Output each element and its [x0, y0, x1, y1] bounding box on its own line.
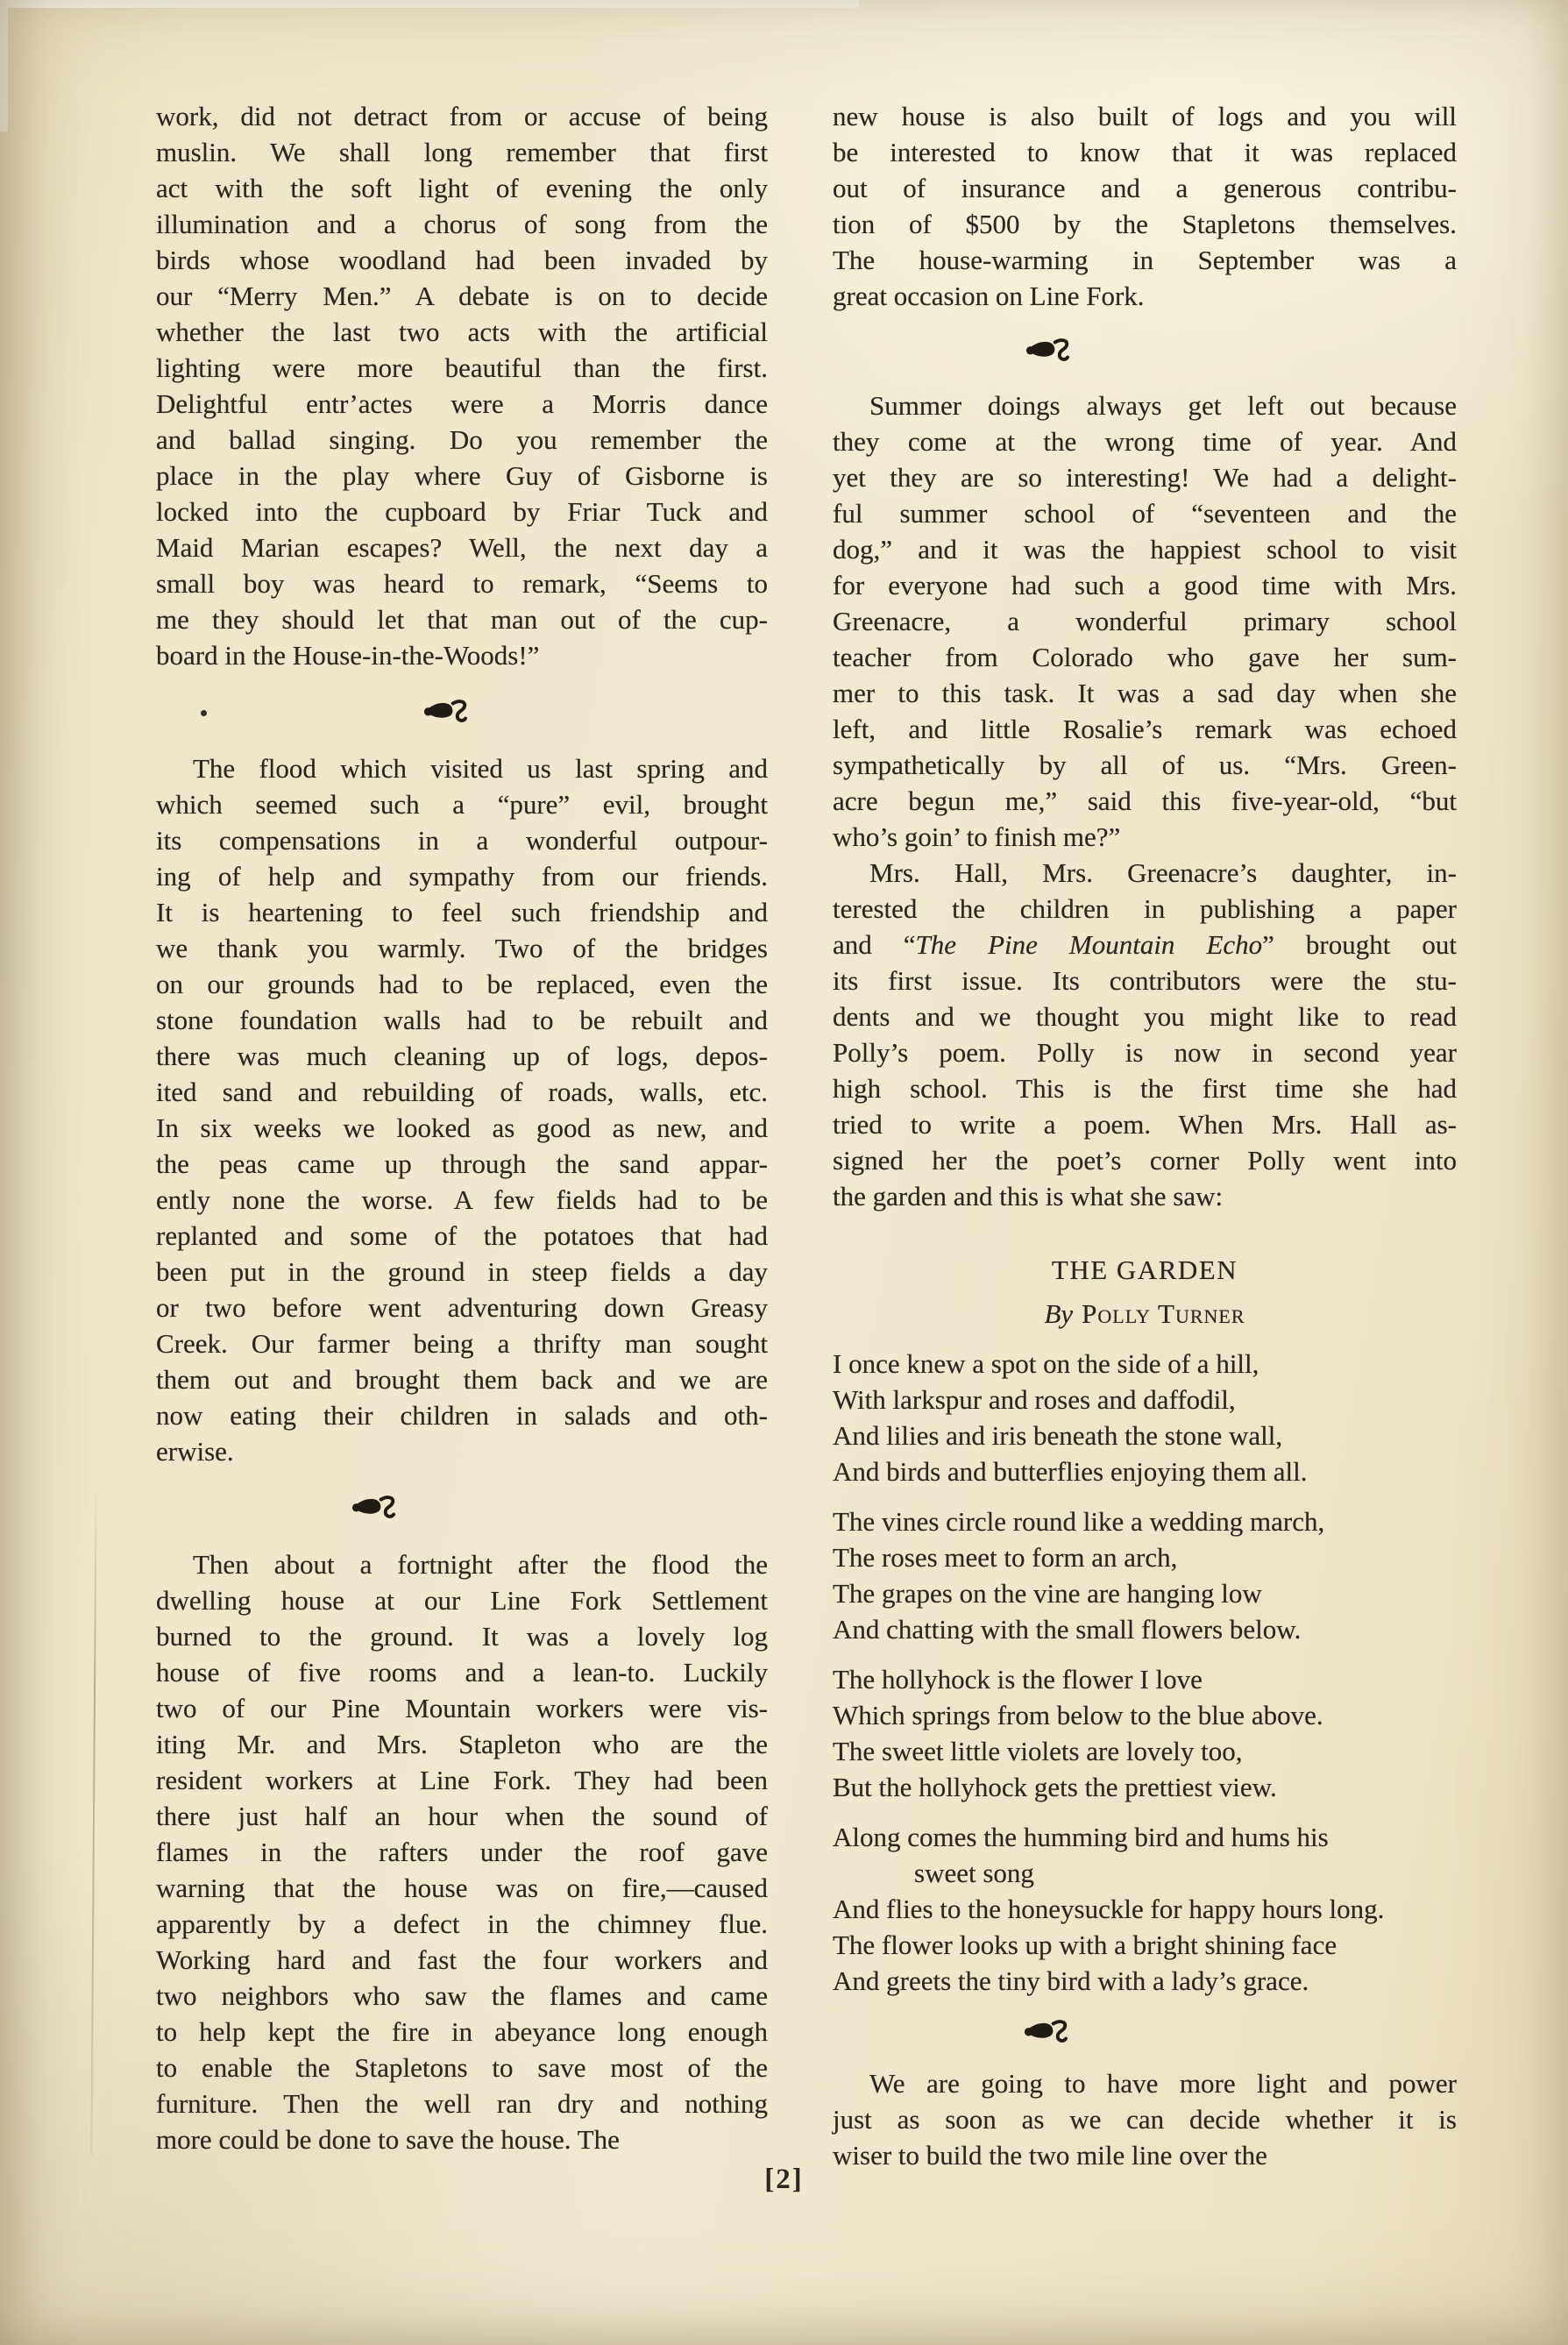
text-line: dog,” and it was the happiest school to …: [833, 531, 1457, 567]
text-line: yet they are so interesting! We had a de…: [833, 459, 1457, 495]
text-line: The sweet little violets are lovely too,: [833, 1733, 1457, 1769]
text-line: great occasion on Line Fork.: [833, 278, 1457, 314]
text-line: Maid Marian escapes? Well, the next day …: [156, 529, 768, 565]
text-line: dents and we thought you might like to r…: [833, 998, 1457, 1034]
text-line: The flower looks up with a bright shinin…: [833, 1927, 1457, 1963]
text-line: birds whose woodland had been invaded by: [156, 242, 768, 278]
text-line: house of five rooms and a lean-to. Lucki…: [156, 1654, 768, 1690]
text-line: lighting were more beautiful than the fi…: [156, 350, 768, 386]
fleuron-icon: [734, 2016, 1359, 2046]
text-line: left, and little Rosalie’s remark was ec…: [833, 711, 1457, 747]
paper-crease: [90, 1480, 96, 2157]
text-line: ful summer school of “seventeen and the: [833, 495, 1457, 531]
scan-edge-left: [0, 0, 8, 131]
text-line: flames in the rafters under the roof gav…: [156, 1834, 768, 1870]
text-line: apparently by a defect in the chimney fl…: [156, 1906, 768, 1942]
text-line: board in the House-in-the-Woods!”: [156, 637, 768, 673]
text-line: stone foundation walls had to be rebuilt…: [156, 1002, 768, 1038]
text-line: warning that the house was on fire,—caus…: [156, 1870, 768, 1906]
text-line: It is heartening to feel such friendship…: [156, 894, 768, 930]
text-line: And lilies and iris beneath the stone wa…: [833, 1418, 1457, 1453]
text-line: teacher from Colorado who gave her sum-: [833, 639, 1457, 675]
text-line: which seemed such a “pure” evil, brought: [156, 786, 768, 822]
paragraph-echo: Mrs. Hall, Mrs. Greenacre’s daughter, in…: [833, 855, 1457, 1214]
text-line: sweet song: [833, 1855, 1457, 1891]
text-line: its first issue. Its contributors were t…: [833, 963, 1457, 998]
text-line: Then about a fortnight after the flood t…: [156, 1546, 768, 1582]
text-line: to enable the Stapletons to save most of…: [156, 2050, 768, 2086]
text-line: our “Merry Men.” A debate is on to decid…: [156, 278, 768, 314]
text-line: Delightful entr’actes were a Morris danc…: [156, 386, 768, 422]
text-line: tion of $500 by the Stapletons themselve…: [833, 206, 1457, 242]
paragraph-fire: Then about a fortnight after the flood t…: [156, 1546, 768, 2157]
text-line: been put in the ground in steep fields a…: [156, 1254, 768, 1290]
text-line: The hollyhock is the flower I love: [833, 1661, 1457, 1697]
text-line: work, did not detract from or accuse of …: [156, 98, 768, 134]
text-line: Polly’s poem. Polly is now in second yea…: [833, 1034, 1457, 1070]
text-line: signed her the poet’s corner Polly went …: [833, 1142, 1457, 1178]
poem-stanza-4: Along comes the humming bird and hums hi…: [833, 1819, 1457, 1999]
text-line: its compensations in a wonderful outpour…: [156, 822, 768, 858]
fleuron-icon: [736, 335, 1360, 365]
text-line: more could be done to save the house. Th…: [156, 2121, 768, 2157]
poem-stanza-2: The vines circle round like a wedding ma…: [833, 1503, 1457, 1647]
text-line: resident workers at Line Fork. They had …: [156, 1762, 768, 1798]
text-line: Creek. Our farmer being a thrifty man so…: [156, 1325, 768, 1361]
text-line: out of insurance and a generous contribu…: [833, 170, 1457, 206]
text-line: But the hollyhock gets the prettiest vie…: [833, 1769, 1457, 1805]
text-line: and “The Pine Mountain Echo” brought out: [833, 927, 1457, 963]
text-line: them out and brought them back and we ar…: [156, 1361, 768, 1397]
fleuron-icon: [68, 1492, 680, 1522]
text-line: they come at the wrong time of year. And: [833, 423, 1457, 459]
text-line: burned to the ground. It was a lovely lo…: [156, 1618, 768, 1654]
text-line: and ballad singing. Do you remember the: [156, 422, 768, 458]
text-line: With larkspur and roses and daffodil,: [833, 1382, 1457, 1418]
text-line: dwelling house at our Line Fork Settleme…: [156, 1582, 768, 1618]
poem-author: Polly Turner: [1082, 1298, 1245, 1329]
text-line: we thank you warmly. Two of the bridges: [156, 930, 768, 966]
fleuron-icon: [140, 696, 752, 726]
left-column: work, did not detract from or accuse of …: [156, 98, 768, 2157]
text-line: high school. This is the first time she …: [833, 1070, 1457, 1106]
text-line: place in the play where Guy of Gisborne …: [156, 458, 768, 494]
page-number: [2]: [0, 2164, 1568, 2196]
text-line: there was much cleaning up of logs, depo…: [156, 1038, 768, 1074]
text-line: me they should let that man out of the c…: [156, 601, 768, 637]
text-line: the peas came up through the sand appar-: [156, 1146, 768, 1182]
paragraph-summer: Summer doings always get left out becaus…: [833, 387, 1457, 855]
text-line: The house-warming in September was a: [833, 242, 1457, 278]
text-line: We are going to have more light and powe…: [833, 2065, 1457, 2101]
text-line: And flies to the honeysuckle for happy h…: [833, 1891, 1457, 1927]
text-line: be interested to know that it was replac…: [833, 134, 1457, 170]
poem-byline: ByPolly Turner: [833, 1297, 1457, 1332]
text-line: whether the last two acts with the artif…: [156, 314, 768, 350]
text-line: or two before went adventuring down Grea…: [156, 1290, 768, 1325]
text-line: sympathetically by all of us. “Mrs. Gree…: [833, 747, 1457, 783]
text-line: act with the soft light of evening the o…: [156, 170, 768, 206]
poem-stanza-3: The hollyhock is the flower I loveWhich …: [833, 1661, 1457, 1805]
text-line: ited sand and rebuilding of roads, walls…: [156, 1074, 768, 1110]
text-line: The roses meet to form an arch,: [833, 1539, 1457, 1575]
text-line: Working hard and fast the four workers a…: [156, 1942, 768, 1978]
text-line: there just half an hour when the sound o…: [156, 1798, 768, 1834]
text-line: just as soon as we can decide whether it…: [833, 2101, 1457, 2137]
text-line: small boy was heard to remark, “Seems to: [156, 565, 768, 601]
text-line: mer to this task. It was a sad day when …: [833, 675, 1457, 711]
text-line: illumination and a chorus of song from t…: [156, 206, 768, 242]
text-line: for everyone had such a good time with M…: [833, 567, 1457, 603]
text-line: The grapes on the vine are hanging low: [833, 1575, 1457, 1611]
text-line: ently none the worse. A few fields had t…: [156, 1182, 768, 1218]
poem-byline-by: By: [1044, 1298, 1073, 1329]
scanned-page: work, did not detract from or accuse of …: [0, 0, 1568, 2345]
text-line: And chatting with the small flowers belo…: [833, 1611, 1457, 1647]
text-line: And greets the tiny bird with a lady’s g…: [833, 1963, 1457, 1999]
text-line: Greenacre, a wonderful primary school: [833, 603, 1457, 639]
text-line: The vines circle round like a wedding ma…: [833, 1503, 1457, 1539]
text-line: to help kept the fire in abeyance long e…: [156, 2014, 768, 2050]
scan-edge-top: [0, 0, 859, 8]
poem-stanza-1: I once knew a spot on the side of a hill…: [833, 1346, 1457, 1489]
text-line: In six weeks we looked as good as new, a…: [156, 1110, 768, 1146]
text-line: I once knew a spot on the side of a hill…: [833, 1346, 1457, 1382]
text-line: new house is also built of logs and you …: [833, 98, 1457, 134]
paragraph-flood: The flood which visited us last spring a…: [156, 750, 768, 1469]
text-line: two of our Pine Mountain workers were vi…: [156, 1690, 768, 1726]
paragraph-power: We are going to have more light and powe…: [833, 2065, 1457, 2173]
text-line: Summer doings always get left out becaus…: [833, 387, 1457, 423]
text-line: locked into the cupboard by Friar Tuck a…: [156, 494, 768, 529]
text-line: Along comes the humming bird and hums hi…: [833, 1819, 1457, 1855]
text-line: ing of help and sympathy from our friend…: [156, 858, 768, 894]
right-column: new house is also built of logs and you …: [833, 98, 1457, 2173]
text-line: who’s goin’ to finish me?”: [833, 819, 1457, 855]
text-line: two neighbors who saw the flames and cam…: [156, 1978, 768, 2014]
text-line: now eating their children in salads and …: [156, 1397, 768, 1433]
ink-dot: [201, 710, 207, 716]
text-line: replanted and some of the potatoes that …: [156, 1218, 768, 1254]
text-line: iting Mr. and Mrs. Stapleton who are the: [156, 1726, 768, 1762]
text-line: And birds and butterflies enjoying them …: [833, 1453, 1457, 1489]
text-line: on our grounds had to be replaced, even …: [156, 966, 768, 1002]
text-line: acre begun me,” said this five-year-old,…: [833, 783, 1457, 819]
text-line: muslin. We shall long remember that firs…: [156, 134, 768, 170]
paragraph-play: work, did not detract from or accuse of …: [156, 98, 768, 673]
text-line: erwise.: [156, 1433, 768, 1469]
text-line: the garden and this is what she saw:: [833, 1178, 1457, 1214]
text-line: furniture. Then the well ran dry and not…: [156, 2086, 768, 2121]
text-line: The flood which visited us last spring a…: [156, 750, 768, 786]
text-line: terested the children in publishing a pa…: [833, 891, 1457, 927]
poem-title: THE GARDEN: [833, 1251, 1457, 1290]
text-line: tried to write a poem. When Mrs. Hall as…: [833, 1106, 1457, 1142]
text-line: Which springs from below to the blue abo…: [833, 1697, 1457, 1733]
paragraph-new-house: new house is also built of logs and you …: [833, 98, 1457, 314]
text-line: Mrs. Hall, Mrs. Greenacre’s daughter, in…: [833, 855, 1457, 891]
